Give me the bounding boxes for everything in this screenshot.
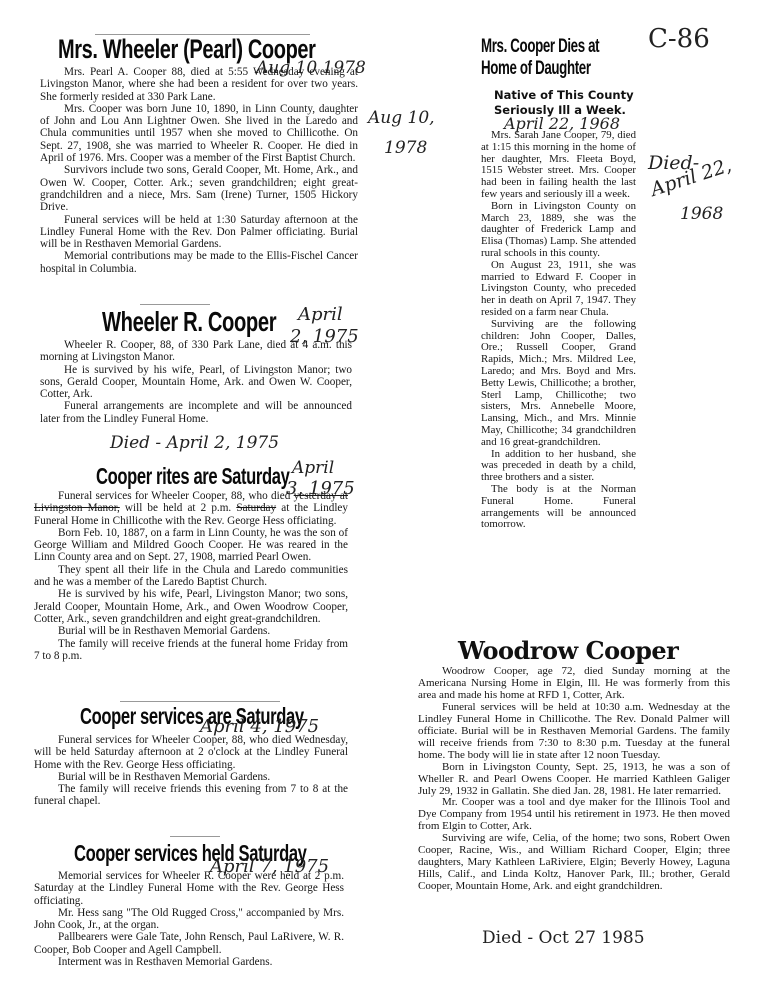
clipping-sarah-cooper: Mrs. Cooper Dies at Home of Daughter Nat… [481,36,636,531]
paragraph: Surviving are wife, Celia, of the home; … [418,833,730,893]
paragraph: Funeral arrangements are incomplete and … [40,400,352,425]
article-body: Woodrow Cooper, age 72, died Sunday morn… [418,666,730,893]
paragraph: The family will receive friends at the f… [34,638,348,663]
struck-text: Saturday [236,502,276,514]
handwritten-date-note: April [298,304,343,325]
subhead-line: Native of This County [494,88,636,103]
died-date-note: Died - Oct 27 1985 [482,928,645,948]
headline: Woodrow Cooper [458,637,730,665]
handwritten-date-note: 2, 1975 [290,326,359,347]
paragraph: The body is at the Norman Funeral Home. … [481,484,636,531]
margin-date-note: 1968 [680,204,723,224]
paragraph: He is survived by his wife, Pearl, of Li… [40,364,352,401]
paragraph: Memorial contributions may be made to th… [40,250,358,275]
paragraph: Burial will be in Resthaven Memorial Gar… [34,625,348,637]
paragraph: In addition to her husband, she was prec… [481,449,636,484]
handwritten-date-note: April [292,458,334,478]
paragraph: Survivors include two sons, Gerald Coope… [40,164,358,213]
paragraph: Funeral services will be held at 1:30 Sa… [40,214,358,251]
clipping-border [120,701,280,702]
paragraph: Mrs. Sarah Jane Cooper, 79, died at 1:15… [481,130,636,201]
handwritten-date-note: April 22, 1968 [504,114,620,133]
paragraph: Mr. Hess sang "The Old Rugged Cross," ac… [34,907,344,932]
paragraph: Mr. Cooper was a tool and dye maker for … [418,797,730,833]
headline: Cooper rites are Saturday [96,463,277,489]
paragraph: Burial will be in Resthaven Memorial Gar… [34,771,348,783]
paragraph: On August 23, 1911, she was married to E… [481,260,636,319]
paragraph: Pallbearers were Gale Tate, John Rensch,… [34,931,344,956]
text-segment: will be held at 2 p.m. [120,502,237,514]
headline: Wheeler R. Cooper [102,306,282,338]
paragraph: The family will receive friends this eve… [34,783,348,808]
headline: Mrs. Wheeler (Pearl) Cooper [58,34,280,64]
clipping-border [170,836,220,837]
handwritten-date-note: 3, 1975 [286,478,355,499]
paragraph: Born in Livingston County, Sept. 25, 191… [418,762,730,798]
article-body: Mrs. Sarah Jane Cooper, 79, died at 1:15… [481,130,636,531]
article-body: Funeral services for Wheeler Cooper, 88,… [34,490,348,662]
paragraph: He is survived by his wife, Pearl, Livin… [34,588,348,625]
handwritten-date-note: April 7, 1975 [210,856,329,877]
margin-date-note: 1978 [384,138,427,158]
article-body: Mrs. Pearl A. Cooper 88, died at 5:55 We… [40,66,358,275]
paragraph: Interment was in Resthaven Memorial Gard… [34,956,344,968]
headline: Home of Daughter [481,58,590,82]
article-body: Wheeler R. Cooper, 88, of 330 Park Lane,… [40,339,352,425]
article-body: Memorial services for Wheeler R. Cooper … [34,870,344,968]
paragraph: Born in Livingston County on March 23, 1… [481,201,636,260]
clipping-border [140,304,210,305]
clipping-woodrow-cooper: Woodrow Cooper Woodrow Cooper, age 72, d… [418,637,730,893]
paragraph: Funeral services for Wheeler Cooper, 88,… [34,734,348,771]
paragraph: Surviving are the following children: Jo… [481,319,636,449]
paragraph: They spent all their life in the Chula a… [34,564,348,589]
article-body: Funeral services for Wheeler Cooper, 88,… [34,734,348,808]
margin-date-note: Aug 10, [368,108,435,128]
headline: Mrs. Cooper Dies at [481,36,590,58]
page-label-handwritten: C-86 [648,24,710,54]
paragraph: Funeral services will be held at 10:30 a… [418,702,730,762]
text-segment: Funeral services for Wheeler Cooper, 88,… [58,490,294,502]
paragraph: Mrs. Cooper was born June 10, 1890, in L… [40,103,358,164]
handwritten-date-note: Aug 10 1978 [256,58,366,78]
paragraph: Woodrow Cooper, age 72, died Sunday morn… [418,666,730,702]
handwritten-date-note: April 4, 1975 [200,716,319,737]
died-date-note: Died - April 2, 1975 [110,433,279,453]
paragraph: Born Feb. 10, 1887, on a farm in Linn Co… [34,527,348,564]
